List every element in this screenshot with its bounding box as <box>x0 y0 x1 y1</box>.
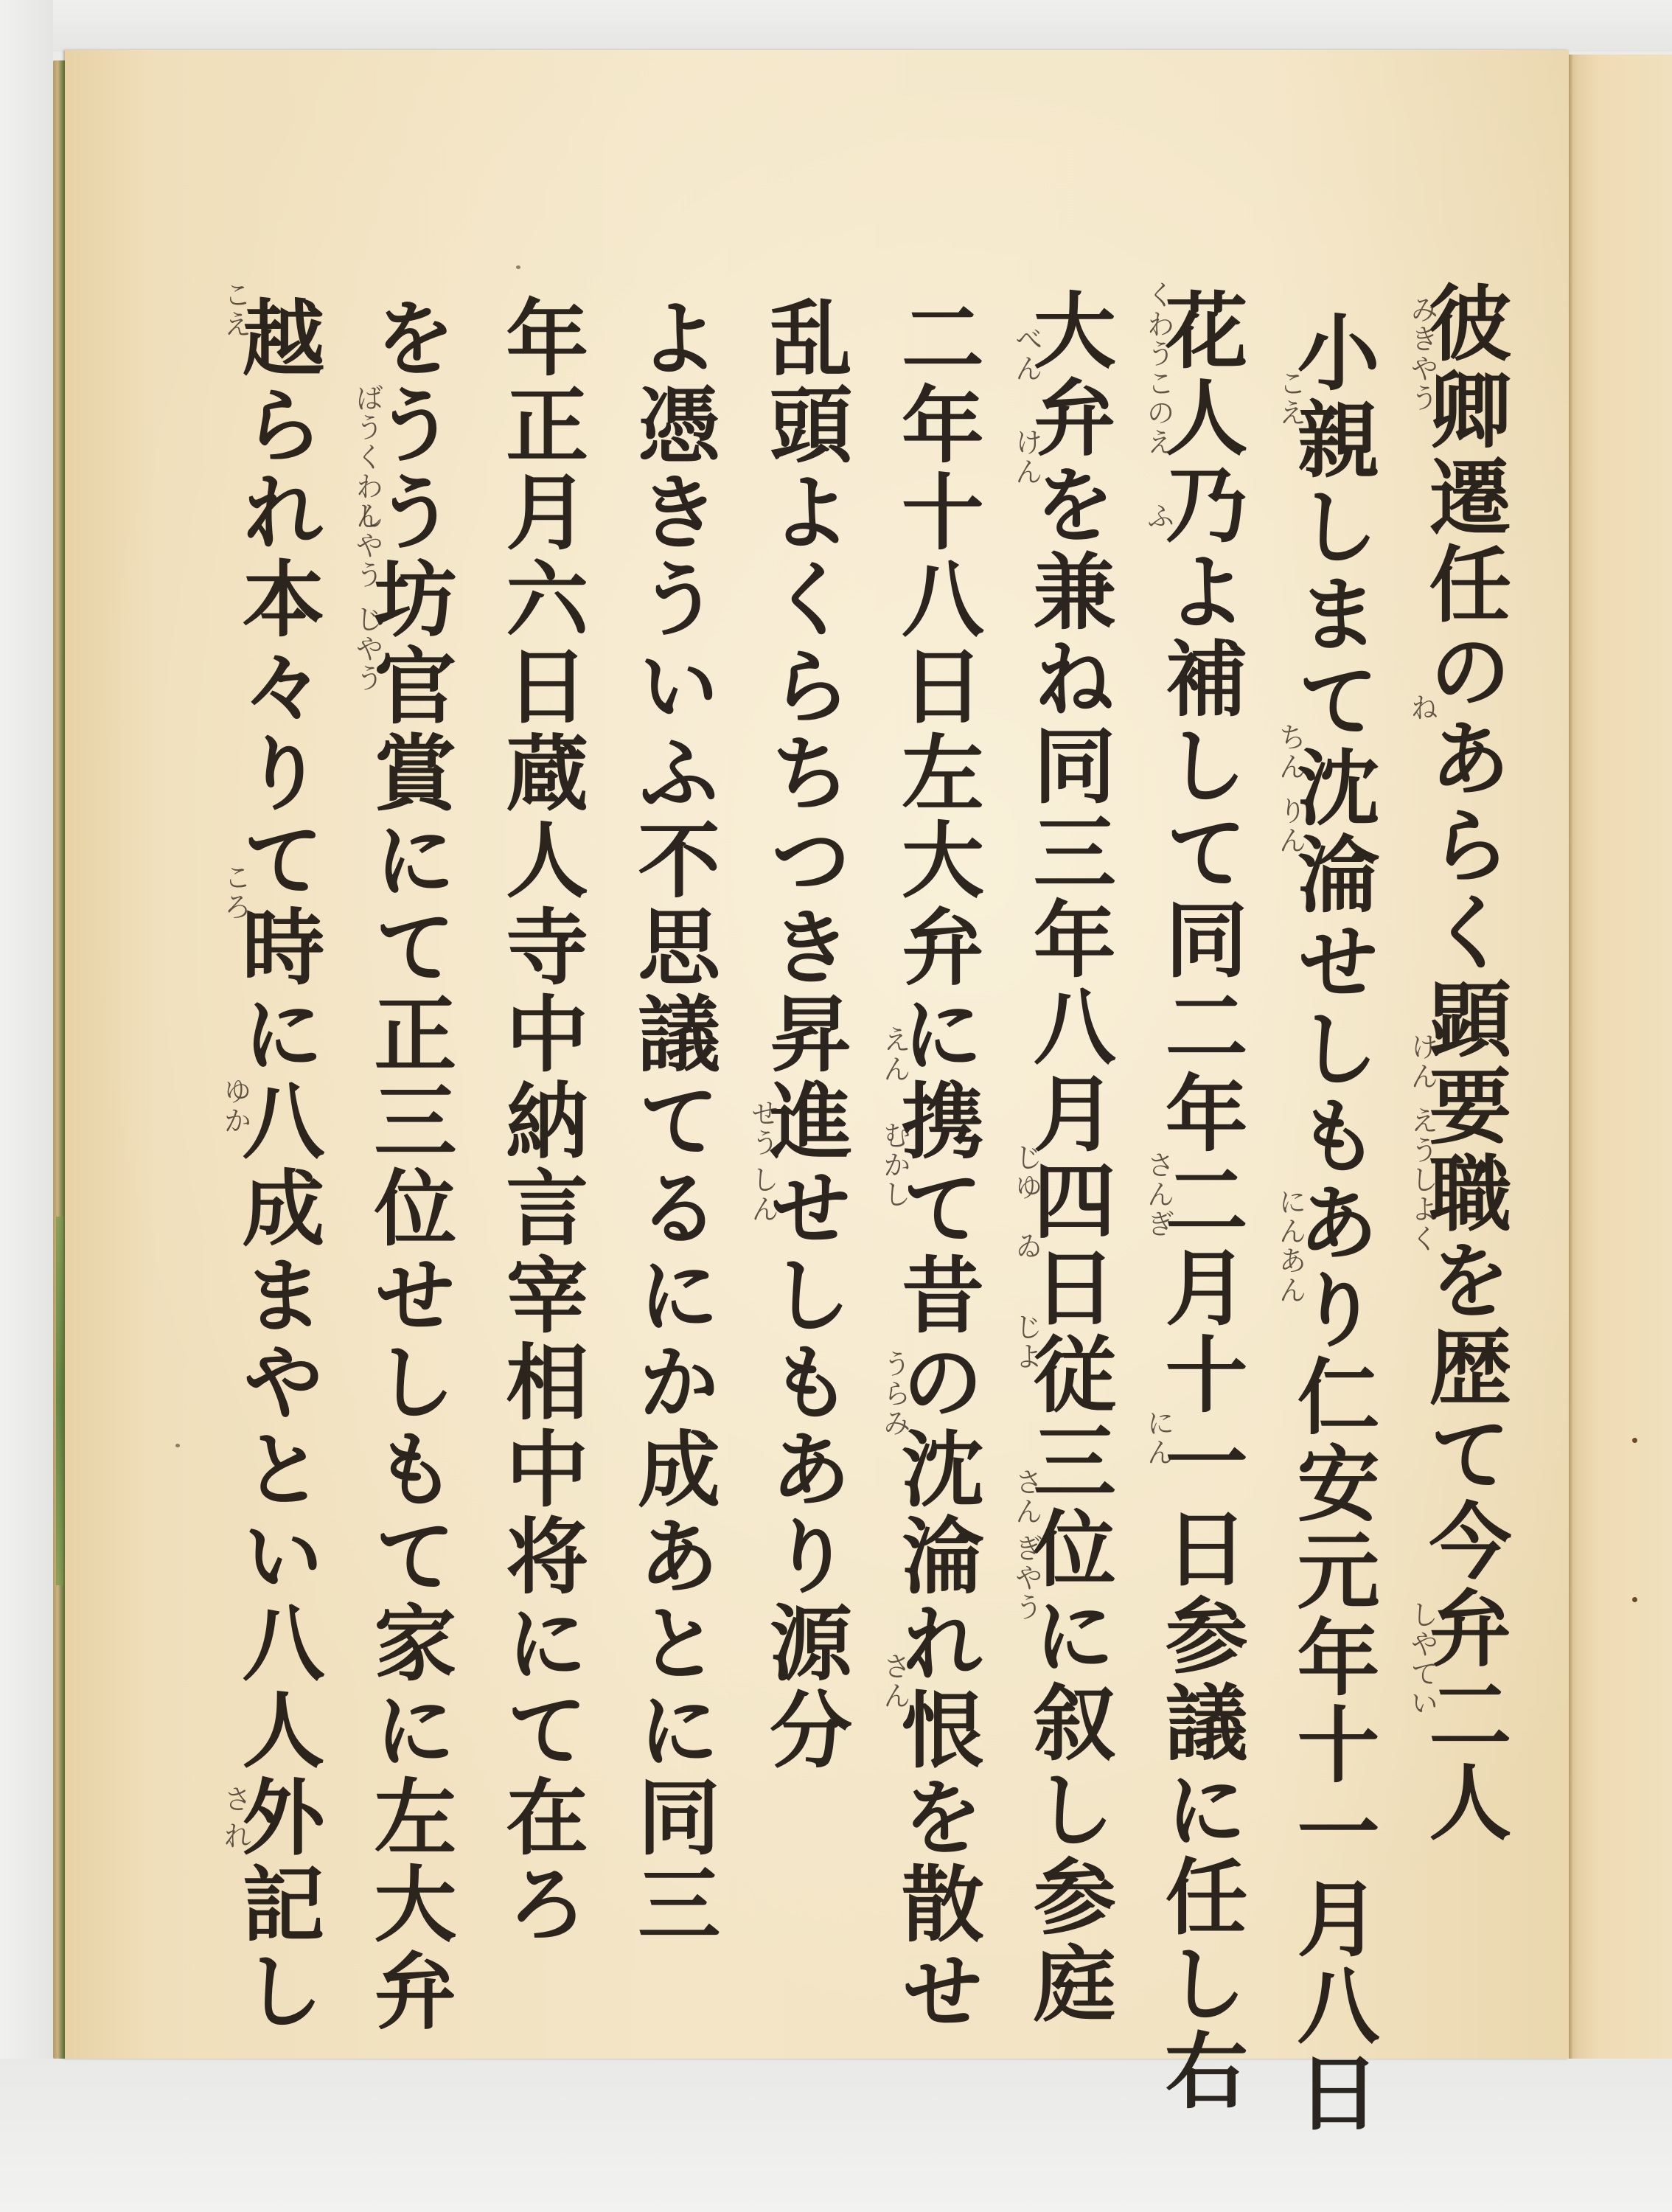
gloss: りん <box>1270 796 1311 855</box>
gloss: れ <box>215 1821 256 1851</box>
paper-speck <box>175 1444 180 1447</box>
text-column-3: 花人乃よ補して同二年二月十一日参議に任し右 くわうこのえ ふ さんぎ にん <box>1144 280 1255 1865</box>
vertical-text-block: 彼卿遷任のあらく顕要職を歴て今弁二人 みきやう ね けん えうしよく しやてい … <box>221 280 1519 1865</box>
photo-backdrop-left <box>0 0 53 2212</box>
column-text: 乱頭よくらちつき昇進せしもあり源分 <box>749 295 860 1774</box>
gloss: くわうこのえ <box>1138 280 1179 457</box>
column-text: 年正月六日蔵人寺中納言宰相中将にて在ろ <box>485 295 596 1948</box>
gloss: さん <box>1006 1467 1047 1526</box>
gloss: けん <box>1402 1032 1443 1091</box>
photo-backdrop-top <box>0 0 1672 52</box>
text-column-10: 越られ本々りて時に八成まやとい八人外記し こえ ころ ゆか さ れ <box>221 280 332 1865</box>
gloss: こえ <box>1270 369 1311 428</box>
paper-speck <box>516 265 520 269</box>
gloss: ちん <box>1270 723 1311 782</box>
gloss: けん <box>1006 428 1047 487</box>
gloss: しやう <box>347 501 388 590</box>
binding-stitch-hole <box>1632 1597 1637 1602</box>
gloss: しやてい <box>1402 1600 1443 1718</box>
column-text: よ憑きういふ不思議てるにか成あとに同三 <box>617 295 728 1948</box>
gloss: さん <box>874 1652 915 1711</box>
gloss: じよ <box>1006 1312 1047 1371</box>
gloss: さんぎ <box>1138 1150 1179 1239</box>
gloss: じやう <box>347 605 388 693</box>
gloss: こえ <box>215 280 256 339</box>
gloss: みきやう <box>1402 295 1443 413</box>
photo-backdrop-bottom <box>0 2059 1672 2212</box>
text-column-9: をうう坊官賞にて正三位せしもて家に左大弁 ばうくわん しやう じやう <box>353 280 464 1865</box>
gloss: ゐ <box>1006 1231 1047 1261</box>
gloss: ふ <box>1138 501 1179 531</box>
text-column-6: 乱頭よくらちつき昇進せしもあり源分 せう しん <box>749 280 860 1865</box>
text-column-4: 大弁を兼ね同三年八月四日従三位に叙し参庭 べん けん じゆ ゐ じよ さん ぎや… <box>1012 280 1123 1865</box>
gloss: にん <box>1138 1408 1179 1467</box>
gutter-fold-shadow <box>1569 55 1573 2059</box>
facing-page-gutter <box>1569 55 1672 2059</box>
gloss: せう <box>743 1099 784 1158</box>
gloss: べん <box>1006 324 1047 383</box>
gloss: さ <box>215 1784 256 1814</box>
text-column-5: 二年十八日左大弁に携て昔の沈淪れ恨を散せ えん むかし うらみ さん <box>880 280 991 1865</box>
gloss: うらみ <box>874 1349 915 1438</box>
gloss: じゆ <box>1006 1143 1047 1202</box>
green-cover-edge <box>56 1217 63 1585</box>
binding-stitch-hole <box>1632 1438 1637 1443</box>
gloss: にんあん <box>1270 1187 1311 1305</box>
text-column-2: 小親しまて沈淪せしもあり仁安元年十一月八日 こえ ちん りん にんあん <box>1276 280 1387 1865</box>
text-column-1: 彼卿遷任のあらく顕要職を歴て今弁二人 みきやう ね けん えうしよく しやてい <box>1408 280 1519 1865</box>
gloss: ゆか <box>215 1077 256 1135</box>
text-column-7: よ憑きういふ不思議てるにか成あとに同三 <box>617 280 728 1865</box>
column-text: 越られ本々りて時に八成まやとい八人外記し <box>221 295 332 2035</box>
gloss: むかし <box>874 1121 915 1209</box>
text-column-8: 年正月六日蔵人寺中納言宰相中将にて在ろ <box>485 280 596 1865</box>
gloss: しん <box>743 1165 784 1224</box>
gloss: ころ <box>215 863 256 922</box>
gloss: ぎやう <box>1006 1534 1047 1622</box>
gloss: えん <box>874 1025 915 1084</box>
gloss: えうしよく <box>1402 1106 1443 1253</box>
gloss: ね <box>1402 693 1443 723</box>
